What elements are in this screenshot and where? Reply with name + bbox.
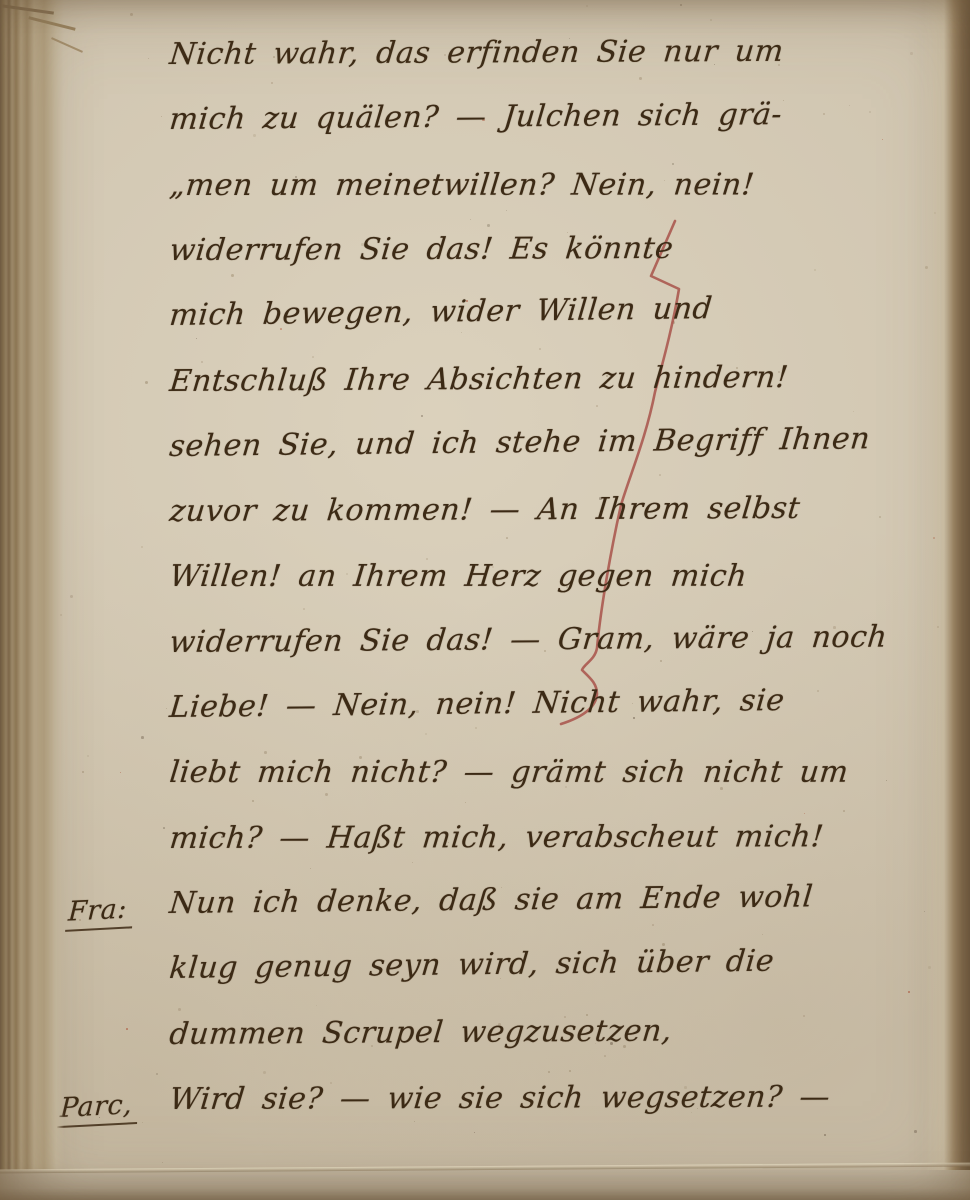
manuscript-line: zuvor zu kommen! — An Ihrem selbst <box>168 491 952 528</box>
manuscript-line: Liebe! — Nein, nein! Nicht wahr, sie <box>168 682 952 724</box>
manuscript-line: klug genug seyn wird, sich über die <box>168 943 952 986</box>
page-edge-right <box>924 0 970 1200</box>
manuscript-line: mich? — Haßt mich, verabscheut mich! <box>168 820 952 855</box>
manuscript-line: dummen Scrupel wegzusetzen, <box>168 1012 952 1050</box>
page-corner-step <box>2 4 54 14</box>
manuscript-line: widerrufen Sie das! — Gram, wäre ja noch <box>168 620 952 659</box>
manuscript-line: Willen! an Ihrem Herz gegen mich <box>168 560 951 593</box>
manuscript-line: „men um meinetwillen? Nein, nein! <box>168 168 952 202</box>
manuscript-line: Wird sie? — wie sie sich wegsetzen? — <box>168 1080 952 1116</box>
manuscript-line: sehen Sie, und ich stehe im Begriff Ihne… <box>168 421 952 463</box>
speaker-label: Fra: <box>65 893 134 932</box>
manuscript-line: Entschluß Ihre Absichten zu hindern! <box>168 359 952 397</box>
manuscript-line: widerrufen Sie das! Es könnte <box>168 231 952 267</box>
manuscript-line: liebt mich nicht? — grämt sich nicht um <box>168 756 951 789</box>
manuscript-line: mich zu quälen? — Julchen sich grä- <box>168 97 952 136</box>
speaker-label: Parc, <box>57 1089 139 1128</box>
book-binding-edge <box>0 0 64 1200</box>
manuscript-line: Nun ich denke, daß sie am Ende wohl <box>168 879 952 920</box>
manuscript-page: Nicht wahr, das erfinden Sie nur ummich … <box>0 0 970 1200</box>
manuscript-text: Nicht wahr, das erfinden Sie nur ummich … <box>0 0 970 1200</box>
under-page-edge <box>0 1170 970 1200</box>
manuscript-line: Nicht wahr, das erfinden Sie nur um <box>168 34 952 71</box>
manuscript-line: mich bewegen, wider Willen und <box>168 289 952 332</box>
